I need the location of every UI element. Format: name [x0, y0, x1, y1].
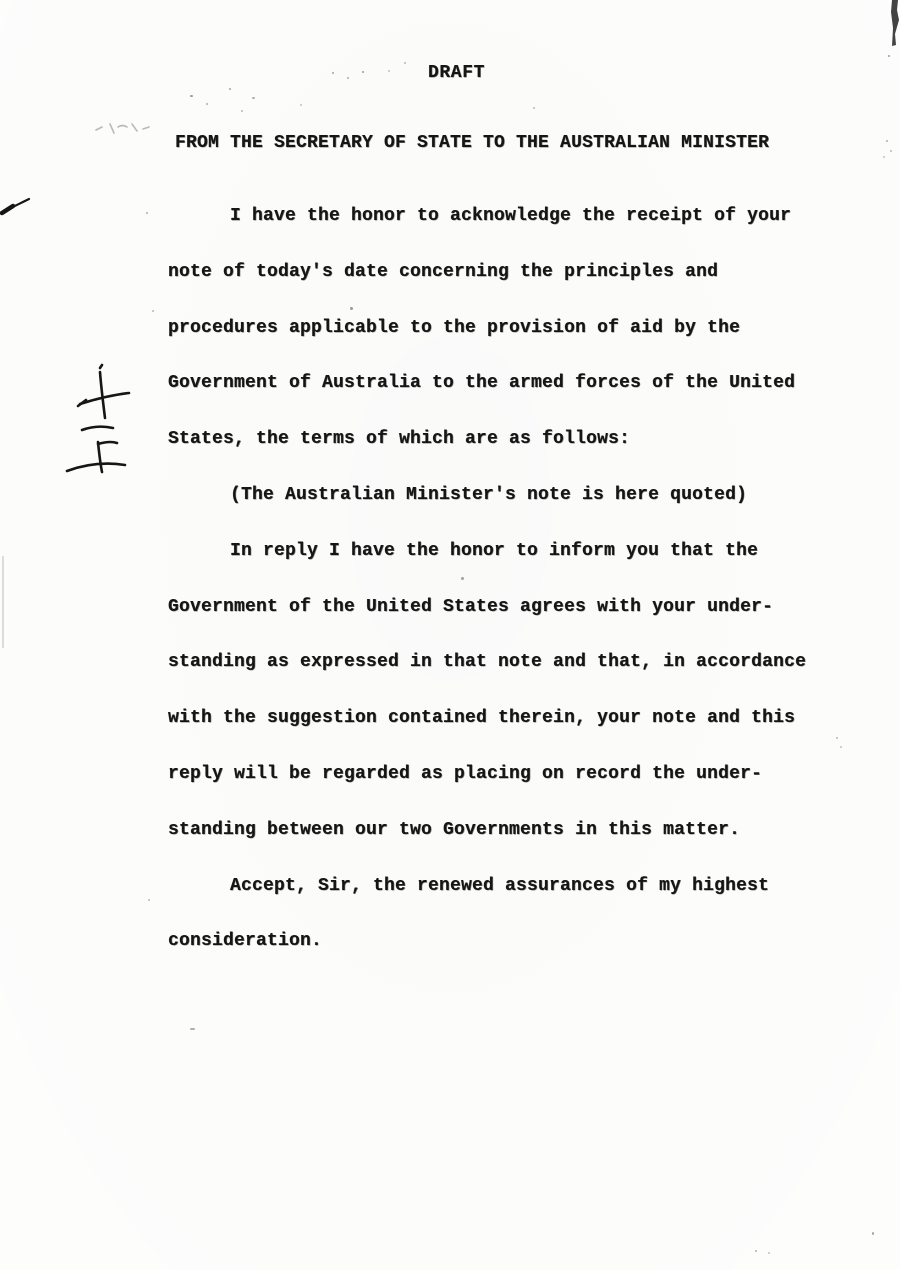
- document-page: DRAFT FROM THE SECRETARY OF STATE TO THE…: [0, 0, 900, 1270]
- scan-speck: [533, 107, 535, 109]
- body-line: note of today's date concerning the prin…: [168, 262, 848, 318]
- body-line: Government of Australia to the armed for…: [168, 373, 848, 429]
- document-heading: FROM THE SECRETARY OF STATE TO THE AUSTR…: [175, 133, 769, 153]
- body-line: with the suggestion contained therein, y…: [168, 708, 848, 764]
- body-line: standing between our two Governments in …: [168, 820, 848, 876]
- scan-speck: [768, 1252, 770, 1254]
- scan-speck: [241, 110, 243, 112]
- body-line: (The Australian Minister's note is here …: [168, 485, 848, 541]
- edge-scratch: [2, 556, 4, 648]
- scan-speck: [347, 77, 349, 79]
- body-line: I have the honor to acknowledge the rece…: [168, 206, 848, 262]
- scan-speck: [362, 71, 364, 73]
- scan-speck: [872, 1232, 874, 1235]
- scan-speck: [300, 104, 302, 106]
- tally-mark-icon: [67, 427, 125, 472]
- scan-speck: [840, 746, 842, 748]
- scan-speck: [836, 737, 838, 739]
- scan-speck: [332, 72, 334, 74]
- plus-cross-icon: [78, 365, 129, 418]
- scan-speck: [350, 307, 353, 310]
- scan-speck: [190, 95, 193, 97]
- scan-speck: [404, 62, 406, 64]
- scan-speck: [388, 70, 390, 72]
- scan-speck: [229, 88, 231, 90]
- scan-speck: [755, 1250, 757, 1252]
- scan-speck: [883, 156, 885, 158]
- scan-speck: [890, 150, 892, 152]
- scan-speck: [252, 97, 255, 99]
- scan-speck: [146, 212, 148, 214]
- scan-speck: [888, 55, 890, 57]
- scan-speck: [148, 899, 150, 901]
- body-line: consideration.: [168, 931, 848, 987]
- body-line: Government of the United States agrees w…: [168, 597, 848, 653]
- body-line: In reply I have the honor to inform you …: [168, 541, 848, 597]
- pencil-smudge: [96, 124, 149, 133]
- edge-tick-icon: [2, 199, 29, 213]
- body-line: reply will be regarded as placing on rec…: [168, 764, 848, 820]
- draft-label: DRAFT: [428, 63, 485, 83]
- scan-speck: [206, 103, 208, 105]
- document-body: I have the honor to acknowledge the rece…: [168, 206, 848, 987]
- scan-speck: [190, 1028, 195, 1030]
- body-line: Accept, Sir, the renewed assurances of m…: [168, 876, 848, 932]
- body-line: States, the terms of which are as follow…: [168, 429, 848, 485]
- scan-speck: [886, 140, 888, 142]
- scan-speck: [152, 310, 154, 312]
- scan-speck: [461, 577, 464, 580]
- scan-streak: [891, 0, 899, 46]
- body-line: procedures applicable to the provision o…: [168, 318, 848, 374]
- body-line: standing as expressed in that note and t…: [168, 652, 848, 708]
